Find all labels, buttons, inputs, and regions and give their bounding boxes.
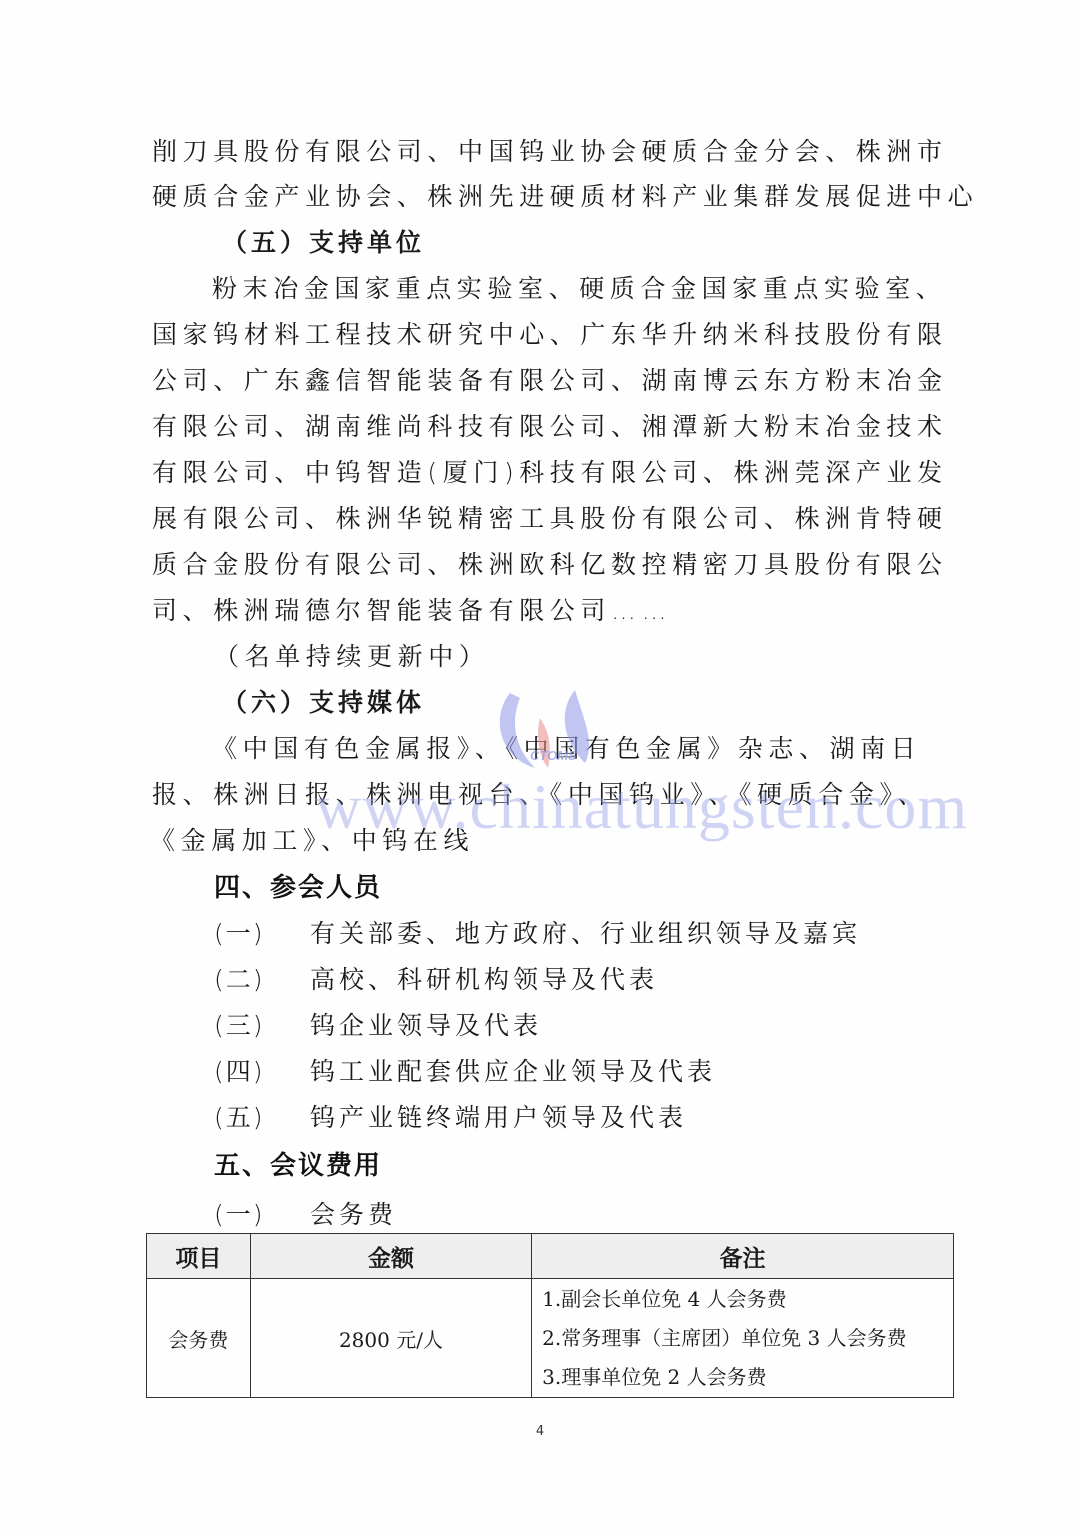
body-text-line: 质合金股份有限公司、株洲欧科亿数控精密刀具股份有限公 — [152, 549, 932, 581]
section-heading-attendees: 四、参会人员 — [214, 872, 994, 904]
watermark-brand: CTOMS — [530, 748, 577, 763]
list-number: (四) — [214, 1056, 310, 1088]
table-header-row: 项目 金额 备注 — [147, 1234, 954, 1279]
column-header-item: 项目 — [147, 1234, 251, 1279]
body-text-line: 有限公司、湖南维尚科技有限公司、湘潭新大粉末冶金技术 — [152, 411, 932, 443]
list-update-note: （名单持续更新中） — [214, 641, 994, 673]
cell-amount: 2800 元/人 — [250, 1279, 531, 1398]
page-number: 4 — [0, 1424, 1080, 1439]
section-heading-support-media: （六）支持媒体 — [222, 687, 1002, 719]
body-text-line: 国家钨材料工程技术研究中心、广东华升纳米科技股份有限 — [152, 319, 932, 351]
section-heading-fees: 五、会议费用 — [214, 1150, 994, 1182]
list-text: 钨产业链终端用户领导及代表 — [310, 1103, 687, 1132]
body-text-line: 粉末冶金国家重点实验室、硬质合金国家重点实验室、 — [212, 273, 992, 305]
table-row: 会务费 2800 元/人 1.副会长单位免 4 人会务费 2.常务理事（主席团）… — [147, 1279, 954, 1398]
note-line: 3.理事单位免 2 人会务费 — [542, 1358, 953, 1397]
section-heading-support-units: （五）支持单位 — [222, 227, 1002, 259]
attendee-list-item: (三)钨企业领导及代表 — [214, 1010, 994, 1042]
body-text-line: 展有限公司、株洲华锐精密工具股份有限公司、株洲肯特硬 — [152, 503, 932, 535]
note-line: 2.常务理事（主席团）单位免 3 人会务费 — [542, 1319, 953, 1358]
list-number: (三) — [214, 1010, 310, 1042]
note-line: 1.副会长单位免 4 人会务费 — [542, 1280, 953, 1319]
list-number: (二) — [214, 964, 310, 996]
body-text-line: 《中国有色金属报》、《中国有色金属》杂志、湖南日 — [212, 733, 992, 765]
attendee-list-item: (四)钨工业配套供应企业领导及代表 — [214, 1056, 994, 1088]
body-text-line: 有限公司、中钨智造(厦门)科技有限公司、株洲莞深产业发 — [152, 457, 932, 489]
body-text-line: 司、株洲瑞德尔智能装备有限公司…… — [152, 595, 932, 627]
list-number: (一) — [214, 918, 310, 950]
list-number: (一) — [214, 1199, 310, 1231]
body-text-line: 硬质合金产业协会、株洲先进硬质材料产业集群发展促进中心 — [152, 181, 932, 213]
list-number: (五) — [214, 1102, 310, 1134]
body-text-line: 削刀具股份有限公司、中国钨业协会硬质合金分会、株洲市 — [152, 136, 932, 168]
body-text-line: 《金属加工》、中钨在线 — [150, 825, 930, 857]
attendee-list-item: (五)钨产业链终端用户领导及代表 — [214, 1102, 994, 1134]
list-text: 高校、科研机构领导及代表 — [310, 965, 658, 994]
attendee-list-item: (二)高校、科研机构领导及代表 — [214, 964, 994, 996]
column-header-amount: 金额 — [250, 1234, 531, 1279]
list-text: 钨工业配套供应企业领导及代表 — [310, 1057, 716, 1086]
cell-notes: 1.副会长单位免 4 人会务费 2.常务理事（主席团）单位免 3 人会务费 3.… — [532, 1279, 954, 1398]
fee-table: 项目 金额 备注 会务费 2800 元/人 1.副会长单位免 4 人会务费 2.… — [146, 1233, 954, 1398]
list-text: 有关部委、地方政府、行业组织领导及嘉宾 — [310, 919, 861, 948]
body-text-line: 报、株洲日报、株洲电视台、《中国钨业》、《硬质合金》、 — [152, 779, 932, 811]
fee-subheading: (一)会务费 — [214, 1199, 994, 1231]
list-text: 会务费 — [310, 1200, 397, 1229]
column-header-notes: 备注 — [532, 1234, 954, 1279]
body-text-line: 公司、广东鑫信智能装备有限公司、湖南博云东方粉末冶金 — [152, 365, 932, 397]
list-text: 钨企业领导及代表 — [310, 1011, 542, 1040]
document-page: 削刀具股份有限公司、中国钨业协会硬质合金分会、株洲市 硬质合金产业协会、株洲先进… — [0, 0, 1080, 1532]
attendee-list-item: (一)有关部委、地方政府、行业组织领导及嘉宾 — [214, 918, 994, 950]
cell-item: 会务费 — [147, 1279, 251, 1398]
